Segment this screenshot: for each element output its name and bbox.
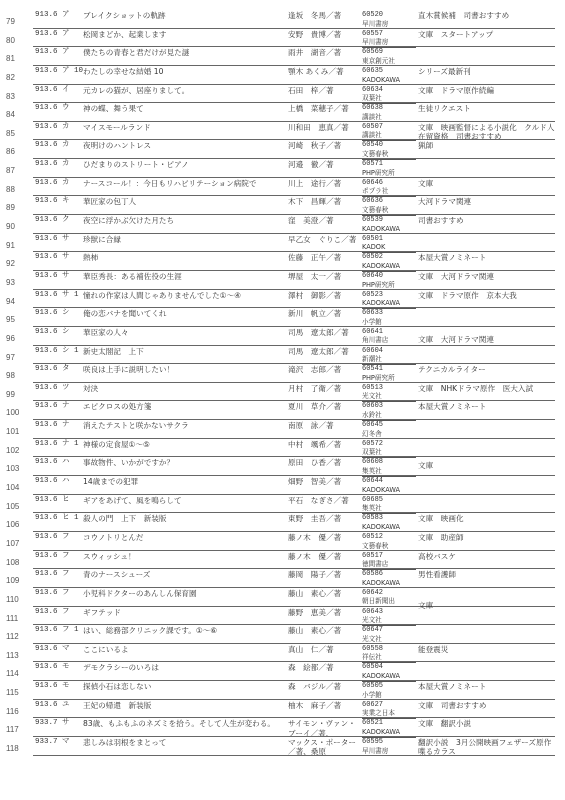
book-author: サイモン・ヴァン・ブーイ／著、 (288, 719, 361, 737)
remarks: 文庫 (418, 179, 558, 188)
catalog-code: 60557早川書房 (362, 30, 416, 48)
classification-number: 913.6 カ (35, 179, 83, 188)
table-row: 98913.6 タ咲良は上手に説明したい！滝沢 志郎／著60541PHP研究所テ… (0, 364, 565, 383)
row-number: 94 (6, 297, 32, 306)
classification-number: 913.6 フ (35, 552, 83, 561)
row-number: 81 (6, 54, 32, 63)
code-number: 60505 (362, 682, 383, 690)
catalog-code: 60507講談社 (362, 123, 416, 141)
book-author: 川上 途行／著 (288, 179, 361, 188)
classification-number: 913.6 ハ (35, 458, 83, 467)
book-title: ギアをあげて、風を鳴らして (83, 496, 288, 505)
remarks: 文庫 助産師 (418, 533, 558, 542)
table-row: 101913.6 ナ消えたテストと咲かないサクラ南原 詠／著60645幻冬舎 (0, 420, 565, 439)
catalog-code: 60604新潮社 (362, 347, 416, 365)
remarks: 本屋大賞ノミネート (418, 682, 558, 691)
code-number: 60520 (362, 11, 383, 19)
book-author: 平石 なぎさ／著 (288, 496, 361, 505)
table-row: 94913.6 サ 1憧れの作家は人間じゃありませんでした①～④澤村 御影／著6… (0, 290, 565, 309)
table-row: 87913.6 カひだまりのストリート・ピアノ河邉 徹／著60571PHP研究所 (0, 159, 565, 178)
remarks: 文庫 司書おすすめ (418, 701, 558, 710)
row-number: 105 (6, 502, 32, 511)
classification-number: 913.6 フ (35, 589, 83, 598)
row-number: 89 (6, 203, 32, 212)
code-number: 60541 (362, 365, 383, 373)
catalog-code: 60608集英社 (362, 458, 416, 476)
book-title: 悲しみは羽根をまとって (83, 738, 288, 747)
catalog-code: 60647光文社 (362, 626, 416, 644)
book-author: 南原 詠／著 (288, 421, 361, 430)
table-row: 88913.6 カナースコール！：今日もリハビリテーション病院で川上 途行／著6… (0, 178, 565, 197)
row-number: 98 (6, 371, 32, 380)
classification-number: 913.6 ア (35, 30, 83, 39)
catalog-code: 60583KADOKAWA (362, 514, 416, 532)
book-author: 上橋 菜穂子／著 (288, 104, 361, 113)
book-title: エピクロスの処方箋 (83, 402, 288, 411)
book-author: 原田 ひ香／著 (288, 458, 361, 467)
catalog-code: 60539KADOKAWA (362, 216, 416, 234)
book-title: 消えたテストと咲かないサクラ (83, 421, 288, 430)
remarks: 高校バスケ (418, 552, 558, 561)
book-title: 咲良は上手に説明したい！ (83, 365, 288, 374)
book-title: デモクラシーのいろは (83, 663, 288, 672)
row-number: 110 (6, 595, 32, 604)
book-author: 河崎 秋子／著 (288, 141, 361, 150)
catalog-code: 60512文藝春秋 (362, 533, 416, 551)
code-number: 60557 (362, 30, 383, 38)
book-author: 佐藤 正午／著 (288, 253, 361, 262)
classification-number: 913.6 ハ (35, 477, 83, 486)
row-number: 114 (6, 669, 32, 678)
classification-number: 933.7 マ (35, 738, 83, 747)
merged-note-110-112: 文庫 (418, 600, 433, 611)
book-title: 青のナースシューズ (83, 570, 288, 579)
row-number: 106 (6, 520, 32, 529)
classification-number: 913.6 ア (35, 11, 83, 20)
book-author: 河邉 徹／著 (288, 160, 361, 169)
row-number: 92 (6, 259, 32, 268)
book-author: 早乙女 ぐりこ／著 (288, 235, 361, 244)
code-number: 60572 (362, 440, 383, 448)
remarks: 文庫 ドラマ原作 京本大我 (418, 291, 558, 300)
book-author: 新川 帆立／著 (288, 309, 361, 318)
book-title: 華臣家の人々 (83, 328, 288, 337)
code-number: 60645 (362, 421, 383, 429)
row-number: 80 (6, 36, 32, 45)
book-author: 柚木 麻子／著 (288, 701, 361, 710)
table-row: 110913.6 フ小児科ドクターのあんしん保育園藤山 素心／著60642朝日新… (0, 588, 565, 607)
catalog-code: 60643光文社 (362, 608, 416, 626)
row-number: 116 (6, 707, 32, 716)
book-title: ひだまりのストリート・ピアノ (83, 160, 288, 169)
row-number: 111 (6, 614, 32, 623)
book-title: コウノトリとんだ (83, 533, 288, 542)
book-author: 石田 梓／著 (288, 86, 361, 95)
catalog-code: 60513光文社 (362, 384, 416, 402)
book-author: 藤ノ木 優／著 (288, 533, 361, 542)
table-row: 118933.7 マ悲しみは羽根をまとってマックス・ポーター／著、桑原60595… (0, 737, 565, 756)
table-row: 113913.6 マここにいるよ真山 仁／著60558祥伝社能登震災 (0, 644, 565, 663)
code-number: 60633 (362, 309, 383, 317)
row-number: 101 (6, 427, 32, 436)
merged-note-101-105: 文庫 (418, 460, 433, 471)
book-author: 夏川 草介／著 (288, 402, 361, 411)
book-title: ここにいるよ (83, 645, 288, 654)
code-number: 60634 (362, 86, 383, 94)
catalog-code: 60523KADOKAWA (362, 291, 416, 309)
row-number: 84 (6, 110, 32, 119)
remarks: 翻訳小説 3月公開映画フェザーズ原作 喋るカラス (418, 738, 558, 756)
row-number: 108 (6, 558, 32, 567)
code-number: 60558 (362, 645, 383, 653)
catalog-code: 60540文藝春秋 (362, 141, 416, 159)
catalog-code: 60558祥伝社 (362, 645, 416, 663)
classification-number: 913.6 ナ (35, 402, 83, 411)
code-number: 60502 (362, 253, 383, 261)
code-number: 60604 (362, 347, 383, 355)
classification-number: 913.6 シ (35, 328, 83, 337)
code-number: 60638 (362, 104, 383, 112)
book-title: 俺の恋バナを聞いてくれ (83, 309, 288, 318)
code-number: 60685 (362, 496, 383, 504)
catalog-code: 60572双葉社 (362, 440, 416, 458)
classification-number: 933.7 サ (35, 719, 83, 728)
remarks: 文庫 NHKドラマ原作 医大入試 (418, 384, 558, 393)
catalog-code: 60646ポプラ社 (362, 179, 416, 197)
code-number: 60608 (362, 458, 383, 466)
remarks: 生徒リクエスト (418, 104, 558, 113)
book-title: 僕たちの青春と君だけが見た謎 (83, 48, 288, 57)
book-author: 顎木 あくみ／著 (288, 67, 361, 76)
code-number: 60642 (362, 589, 383, 597)
remarks: 文庫 スタートアップ (418, 30, 558, 39)
table-row: 109913.6 フ青のナースシューズ藤岡 陽子／著60586KADOKAWA男… (0, 569, 565, 588)
code-number: 60512 (362, 533, 383, 541)
classification-number: 913.6 フ 1 (35, 626, 83, 635)
code-number: 60646 (362, 179, 383, 187)
catalog-code: 60633小学館 (362, 309, 416, 327)
remarks: 本屋大賞ノミネート (418, 402, 558, 411)
classification-number: 913.6 カ (35, 123, 83, 132)
catalog-code: 60685集英社 (362, 496, 416, 514)
catalog-code: 60521KADOKAWA (362, 719, 416, 737)
row-number: 90 (6, 222, 32, 231)
row-divider (33, 755, 555, 756)
classification-number: 913.6 ヒ (35, 496, 83, 505)
book-author: 澤村 御影／著 (288, 291, 361, 300)
code-number: 60507 (362, 123, 383, 131)
remarks: 司書おすすめ (418, 216, 558, 225)
book-title: 事故物件、いかがですか？ (83, 458, 288, 467)
remarks: テクニカルライター (418, 365, 558, 374)
book-author: 中村 颯希／著 (288, 440, 361, 449)
code-number: 60635 (362, 67, 383, 75)
row-number: 112 (6, 632, 32, 641)
code-number: 60523 (362, 291, 383, 299)
classification-number: 913.6 タ (35, 365, 83, 374)
catalog-code: 60638講談社 (362, 104, 416, 122)
table-row: 91913.6 サ珍獣に合縁早乙女 ぐりこ／著60501KADOK (0, 234, 565, 253)
book-author: 木下 昌輝／著 (288, 197, 361, 206)
book-author: 司馬 遼太郎／著 (288, 347, 361, 356)
book-title: 珍獣に合縁 (83, 235, 288, 244)
code-number: 60644 (362, 477, 383, 485)
table-row: 106913.6 ヒ 1殺人の門 上下 新装版東野 圭吾／著60583KADOK… (0, 513, 565, 532)
code-number: 60583 (362, 514, 383, 522)
catalog-code: 60645幻冬舎 (362, 421, 416, 439)
book-title: 小児科ドクターのあんしん保育園 (83, 589, 288, 598)
row-number: 118 (6, 744, 32, 753)
table-row: 95913.6 シ俺の恋バナを聞いてくれ新川 帆立／著60633小学館 (0, 308, 565, 327)
catalog-code: 60541PHP研究所 (362, 365, 416, 383)
catalog-code: 60627実業之日本 (362, 701, 416, 719)
table-row: 104913.6 ハ14歳までの犯罪畑野 智美／著60644KADOKAWA (0, 476, 565, 495)
remarks: 能登震災 (418, 645, 558, 654)
book-title: 神様の定食屋①～⑤ (83, 440, 288, 449)
code-number: 60603 (362, 402, 383, 410)
book-title: 夜明けのハントレス (83, 141, 288, 150)
classification-number: 913.6 シ (35, 309, 83, 318)
catalog-code: 60644KADOKAWA (362, 477, 416, 495)
merged-note-96-97: 文庫 大河ドラマ関連 (418, 334, 494, 345)
catalog-code: 60640PHP研究所 (362, 272, 416, 290)
catalog-code: 60595早川書房 (362, 738, 416, 756)
classification-number: 913.6 ア (35, 48, 83, 57)
book-author: 森 バジル／著 (288, 682, 361, 691)
book-title: 探偵小石は恋しない (83, 682, 288, 691)
catalog-code: 60569東京創元社 (362, 48, 416, 66)
table-row: 105913.6 ヒギアをあげて、風を鳴らして平石 なぎさ／著60685集英社 (0, 495, 565, 514)
book-author: 滝沢 志郎／著 (288, 365, 361, 374)
book-title: 83歳、もふもふのネズミを拾う。そして人生が変わる。 (83, 719, 288, 728)
row-number: 96 (6, 334, 32, 343)
book-title: 松岡まどか、起業します (83, 30, 288, 39)
table-row: 85913.6 カマイスモールランド川和田 恵真／著60507講談社文庫 映画監… (0, 122, 565, 141)
table-row: 90913.6 ク夜空に浮かぶ欠けた月たち窪 美澄／著60539KADOKAWA… (0, 215, 565, 234)
remarks: 本屋大賞ノミネート (418, 253, 558, 262)
book-author: 司馬 遼太郎／著 (288, 328, 361, 337)
book-author: 森 絵都／著 (288, 663, 361, 672)
catalog-code: 60586KADOKAWA (362, 570, 416, 588)
classification-number: 913.6 マ (35, 645, 83, 654)
catalog-code: 60505小学館 (362, 682, 416, 700)
row-number: 97 (6, 353, 32, 362)
table-row: 100913.6 ナエピクロスの処方箋夏川 草介／著60603水鈴社本屋大賞ノミ… (0, 401, 565, 420)
remarks: 直木賞候補 司書おすすめ (418, 11, 558, 20)
classification-number: 913.6 サ (35, 253, 83, 262)
book-title: 王妃の帰還 新装版 (83, 701, 288, 710)
book-author: 堺屋 太一／著 (288, 272, 361, 281)
row-number: 100 (6, 408, 32, 417)
row-number: 91 (6, 241, 32, 250)
table-row: 111913.6 フギフテッド藤野 恵美／著60643光文社 (0, 607, 565, 626)
book-author: 月村 了衛／著 (288, 384, 361, 393)
book-author: 藤ノ木 優／著 (288, 552, 361, 561)
table-row: 86913.6 カ夜明けのハントレス河崎 秋子／著60540文藝春秋猟師 (0, 140, 565, 159)
classification-number: 913.6 ツ (35, 384, 83, 393)
book-title: スウィッシュ！ (83, 552, 288, 561)
catalog-code: 60517徳間書店 (362, 552, 416, 570)
classification-number: 913.6 モ (35, 663, 83, 672)
row-number: 83 (6, 92, 32, 101)
table-row: 93913.6 サ華臣秀長：ある補佐役の生涯堺屋 太一／著60640PHP研究所… (0, 271, 565, 290)
book-title: 対決 (83, 384, 288, 393)
classification-number: 913.6 ア 10 (35, 67, 83, 76)
row-number: 104 (6, 483, 32, 492)
row-number: 88 (6, 185, 32, 194)
remarks: 大河ドラマ関連 (418, 197, 558, 206)
row-number: 115 (6, 688, 32, 697)
code-number: 60504 (362, 663, 383, 671)
classification-number: 913.6 ウ (35, 104, 83, 113)
table-row: 84913.6 ウ神の蝶、舞う果て上橋 菜穂子／著60638講談社生徒リクエスト (0, 103, 565, 122)
remarks: 文庫 大河ドラマ関連 (418, 272, 558, 281)
book-author: マックス・ポーター／著、桑原 (288, 738, 361, 756)
book-author: 東野 圭吾／著 (288, 514, 361, 523)
book-title: ブレイクショットの軌跡 (83, 11, 288, 20)
row-number: 93 (6, 278, 32, 287)
code-number: 60513 (362, 384, 383, 392)
book-title: 華臣秀長：ある補佐役の生涯 (83, 272, 288, 281)
code-number: 60640 (362, 272, 383, 280)
book-author: 窪 美澄／著 (288, 216, 361, 225)
book-author: 藤岡 陽子／著 (288, 570, 361, 579)
row-number: 82 (6, 73, 32, 82)
code-number: 60540 (362, 141, 383, 149)
table-row: 103913.6 ハ事故物件、いかがですか？原田 ひ香／著60608集英社 (0, 457, 565, 476)
classification-number: 913.6 イ (35, 86, 83, 95)
table-row: 114913.6 モデモクラシーのいろは森 絵都／著60504KADOKAWA (0, 662, 565, 681)
classification-number: 913.6 カ (35, 160, 83, 169)
book-author: 畑野 智美／著 (288, 477, 361, 486)
row-number: 109 (6, 576, 32, 585)
classification-number: 913.6 キ (35, 197, 83, 206)
row-number: 87 (6, 166, 32, 175)
row-number: 117 (6, 725, 32, 734)
row-number: 95 (6, 315, 32, 324)
classification-number: 913.6 フ (35, 570, 83, 579)
book-title: 憧れの作家は人間じゃありませんでした①～④ (83, 291, 288, 300)
table-row: 92913.6 サ熱柿佐藤 正午／著60502KADOKAWA本屋大賞ノミネート (0, 252, 565, 271)
book-title: ギフテッド (83, 608, 288, 617)
catalog-code: 60641角川書店 (362, 328, 416, 346)
book-title: 夜空に浮かぶ欠けた月たち (83, 216, 288, 225)
code-number: 60569 (362, 48, 383, 56)
book-author: 藤野 恵美／著 (288, 608, 361, 617)
table-row: 83913.6 イ元カレの猫が、居座りまして。石田 梓／著60634双葉社文庫 … (0, 85, 565, 104)
code-number: 60521 (362, 719, 383, 727)
book-title: マイスモールランド (83, 123, 288, 132)
classification-number: 913.6 ナ (35, 421, 83, 430)
catalog-code: 60504KADOKAWA (362, 663, 416, 681)
code-number: 60595 (362, 738, 383, 746)
remarks: 文庫 映画化 (418, 514, 558, 523)
book-title: 殺人の門 上下 新装版 (83, 514, 288, 523)
code-number: 60517 (362, 552, 383, 560)
classification-number: 913.6 シ 1 (35, 347, 83, 356)
table-row: 117933.7 サ83歳、もふもふのネズミを拾う。そして人生が変わる。サイモン… (0, 718, 565, 737)
book-list-table: 79913.6 アブレイクショットの軌跡逢坂 冬馬／著60520早川書房直木賞候… (0, 10, 565, 756)
table-row: 80913.6 ア松岡まどか、起業します安野 貴博／著60557早川書房文庫 ス… (0, 29, 565, 48)
book-title: わたしの幸せな結婚 10 (83, 67, 288, 76)
book-title: 14歳までの犯罪 (83, 477, 288, 486)
catalog-code: 60520早川書房 (362, 11, 416, 29)
remarks: 猟師 (418, 141, 558, 150)
book-title: 新史太閤記 上下 (83, 347, 288, 356)
classification-number: 913.6 サ (35, 235, 83, 244)
table-row: 115913.6 モ探偵小石は恋しない森 バジル／著60505小学館本屋大賞ノミ… (0, 681, 565, 700)
table-row: 82913.6 ア 10わたしの幸せな結婚 10顎木 あくみ／著60635KAD… (0, 66, 565, 85)
catalog-code: 60501KADOK (362, 235, 416, 253)
book-title: 元カレの猫が、居座りまして。 (83, 86, 288, 95)
catalog-code: 60634双葉社 (362, 86, 416, 104)
code-number: 60641 (362, 328, 383, 336)
book-title: はい、総務部クリニック課です。①～⑥ (83, 626, 288, 635)
book-author: 逢坂 冬馬／著 (288, 11, 361, 20)
classification-number: 913.6 ヒ 1 (35, 514, 83, 523)
row-number: 107 (6, 539, 32, 548)
row-number: 99 (6, 390, 32, 399)
classification-number: 913.6 サ 1 (35, 291, 83, 300)
row-number: 102 (6, 446, 32, 455)
classification-number: 913.6 カ (35, 141, 83, 150)
code-number: 60647 (362, 626, 383, 634)
remarks: 文庫 翻訳小説 (418, 719, 558, 728)
table-row: 107913.6 フコウノトリとんだ藤ノ木 優／著60512文藝春秋文庫 助産師 (0, 532, 565, 551)
remarks: 文庫 ドラマ原作続編 (418, 86, 558, 95)
classification-number: 913.6 モ (35, 682, 83, 691)
classification-number: 913.6 ユ (35, 701, 83, 710)
code-number: 60643 (362, 608, 383, 616)
remarks: シリーズ最新刊 (418, 67, 558, 76)
classification-number: 913.6 フ (35, 608, 83, 617)
catalog-code: 60502KADOKAWA (362, 253, 416, 271)
table-row: 97913.6 シ 1新史太閤記 上下司馬 遼太郎／著60604新潮社 (0, 346, 565, 365)
classification-number: 913.6 サ (35, 272, 83, 281)
book-author: 藤山 素心／著 (288, 589, 361, 598)
catalog-code: 60642朝日新聞出 (362, 589, 416, 607)
book-author: 真山 仁／著 (288, 645, 361, 654)
catalog-code: 60571PHP研究所 (362, 160, 416, 178)
book-author: 安野 貴博／著 (288, 30, 361, 39)
book-title: 華匠家の包丁人 (83, 197, 288, 206)
book-author: 雨井 湖音／著 (288, 48, 361, 57)
code-number: 60539 (362, 216, 383, 224)
classification-number: 913.6 フ (35, 533, 83, 542)
row-number: 85 (6, 129, 32, 138)
catalog-code: 60635KADOKAWA (362, 67, 416, 85)
table-row: 79913.6 アブレイクショットの軌跡逢坂 冬馬／著60520早川書房直木賞候… (0, 10, 565, 29)
code-number: 60571 (362, 160, 383, 168)
table-row: 102913.6 ナ 1神様の定食屋①～⑤中村 颯希／著60572双葉社 (0, 439, 565, 458)
row-number: 86 (6, 147, 32, 156)
table-row: 112913.6 フ 1はい、総務部クリニック課です。①～⑥藤山 素心／著606… (0, 625, 565, 644)
table-row: 89913.6 キ華匠家の包丁人木下 昌輝／著60636文藝春秋大河ドラマ関連 (0, 196, 565, 215)
table-row: 116913.6 ユ王妃の帰還 新装版柚木 麻子／著60627実業之日本文庫 司… (0, 700, 565, 719)
book-title: 熱柿 (83, 253, 288, 262)
catalog-code: 60603水鈴社 (362, 402, 416, 420)
remarks: 文庫 映画監督による小説化 クルド人在留資格 司書おすすめ (418, 123, 558, 141)
code-number: 60636 (362, 197, 383, 205)
book-author: 川和田 恵真／著 (288, 123, 361, 132)
book-title: ナースコール！：今日もリハビリテーション病院で (83, 179, 288, 188)
book-title: 神の蝶、舞う果て (83, 104, 288, 113)
table-row: 108913.6 フスウィッシュ！藤ノ木 優／著60517徳間書店高校バスケ (0, 551, 565, 570)
book-author: 藤山 素心／著 (288, 626, 361, 635)
row-number: 113 (6, 651, 32, 660)
remarks: 男性看護師 (418, 570, 558, 579)
classification-number: 913.6 ナ 1 (35, 440, 83, 449)
